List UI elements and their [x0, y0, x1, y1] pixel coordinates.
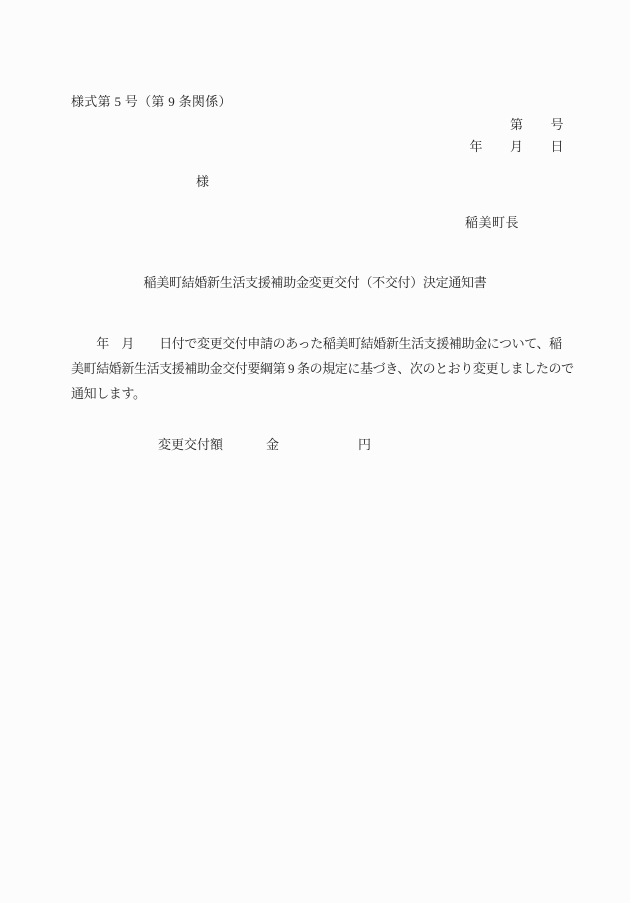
body-line-3: 通知します。 — [71, 381, 565, 406]
document-page: 様式第 5 号（第 9 条関係） 第 号 年 月 日 様 稲美町長 稲美町結婚新… — [0, 0, 630, 903]
addressee-honorific: 様 — [196, 173, 209, 192]
body-line-1: 年 月 日付で変更交付申請のあった稲美町結婚新生活支援補助金について、稲 — [71, 331, 565, 356]
amount-currency-suffix: 円 — [358, 436, 371, 455]
date-blank: 年 月 日 — [469, 138, 564, 157]
form-number: 様式第 5 号（第 9 条関係） — [71, 93, 232, 112]
amount-currency-prefix: 金 — [266, 436, 279, 455]
amount-label: 変更交付額 — [158, 436, 223, 455]
document-title: 稲美町結婚新生活支援補助金変更交付（不交付）決定通知書 — [0, 274, 630, 293]
sender-title: 稲美町長 — [465, 214, 519, 233]
body-line-2: 美町結婚新生活支援補助金交付要綱第 9 条の規定に基づき、次のとおり変更しました… — [71, 356, 565, 381]
document-number-blank: 第 号 — [510, 116, 564, 135]
body-paragraph: 年 月 日付で変更交付申請のあった稲美町結婚新生活支援補助金について、稲 美町結… — [71, 331, 565, 406]
